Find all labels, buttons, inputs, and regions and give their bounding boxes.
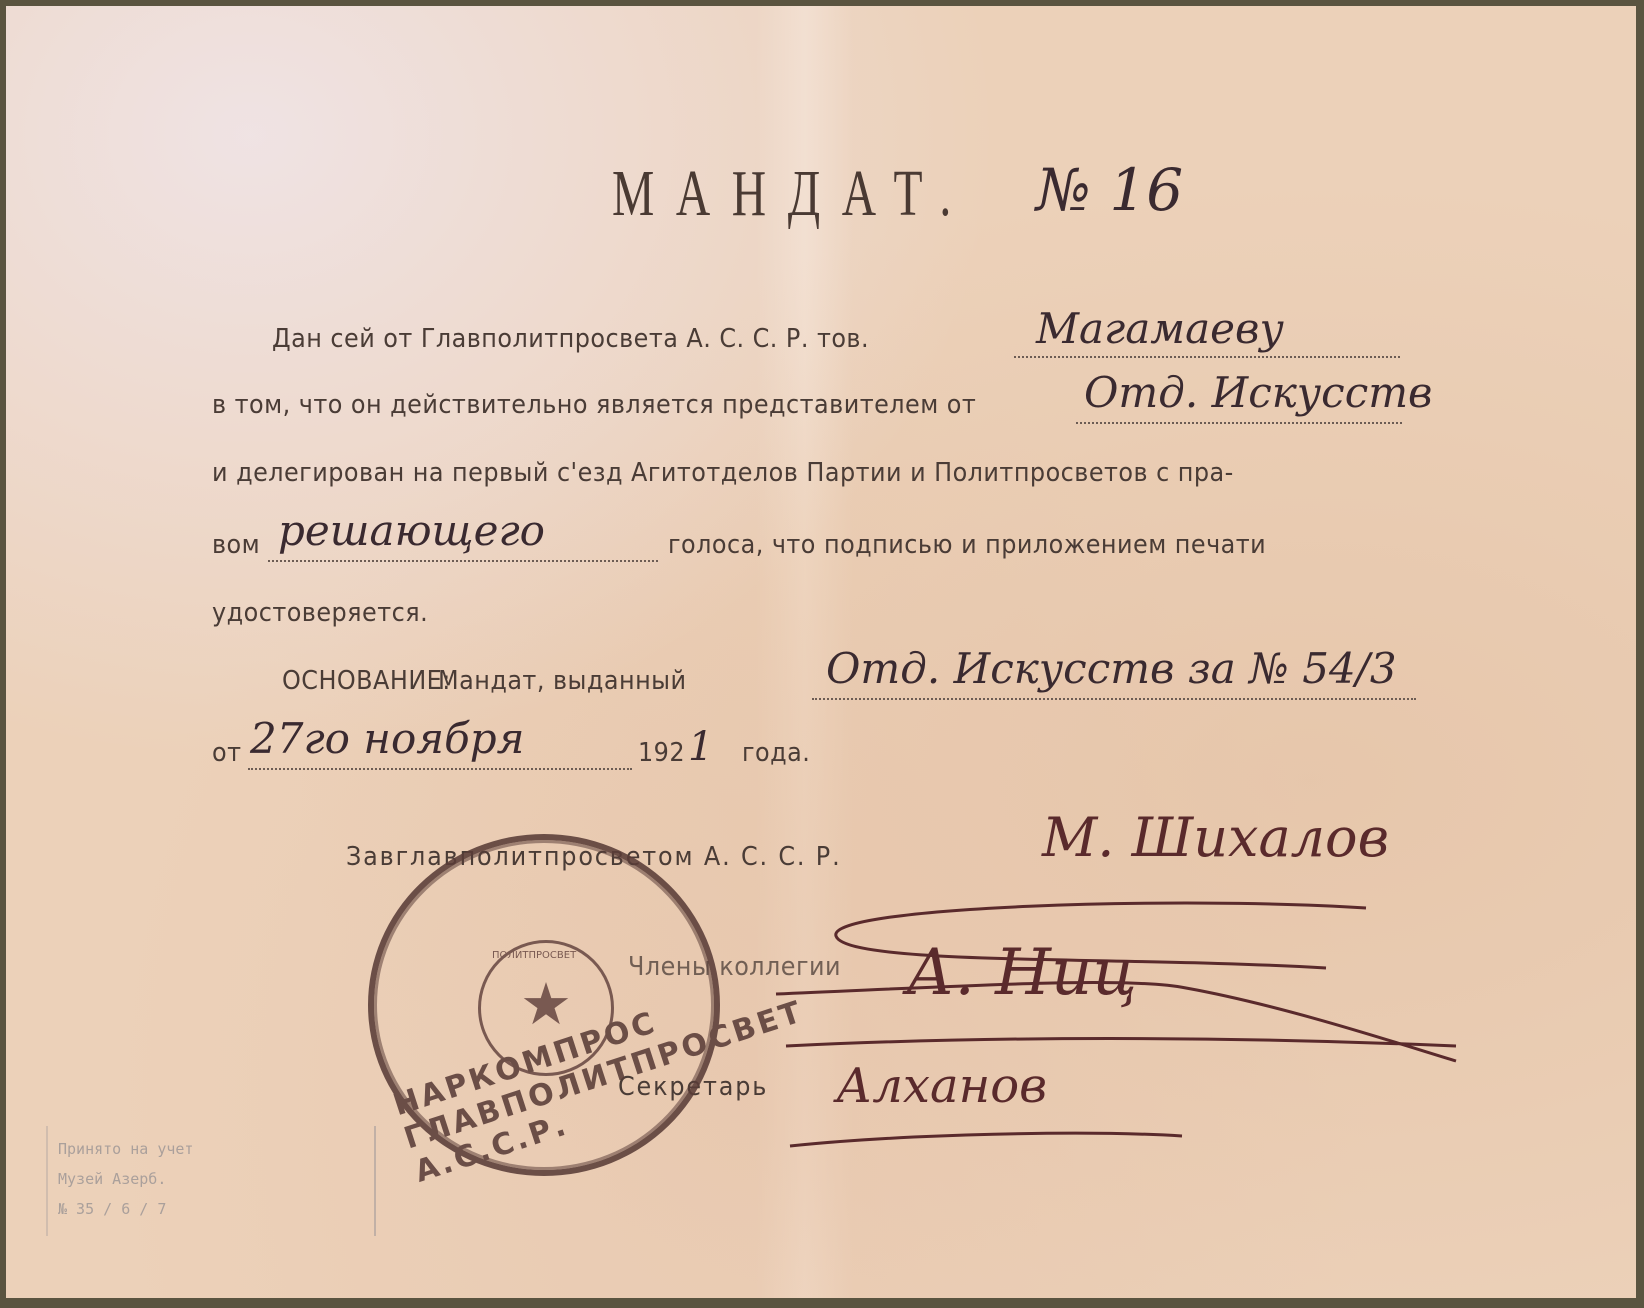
faint-line-1: Принято на учет [58, 1134, 364, 1164]
year-printed: 192 [638, 738, 685, 768]
date-prefix: от [212, 738, 241, 768]
date-suffix: года. [742, 738, 810, 768]
basis-date: 27го ноября [250, 714, 524, 763]
recipient-name: Магамаеву [1036, 304, 1284, 353]
faint-registry-stamp: Принято на учет Музей Азерб. № 35 / 6 / … [46, 1126, 376, 1236]
line2-prefix: в том, что он действительно является пре… [212, 390, 976, 420]
faint-line-3: № 35 / 6 / 7 [58, 1194, 364, 1224]
name-fill-line [1014, 356, 1400, 358]
date-fill-line [248, 768, 632, 770]
document-number: № 16 [1036, 156, 1183, 224]
document-title: МАНДАТ. [612, 156, 973, 232]
secretary-signature: Алханов [836, 1058, 1047, 1114]
line5: удостоверяется. [212, 598, 428, 628]
official-stamp: ★ ПОЛИТПРОСВЕТ НАРКОМПРОС ГЛАВПОЛИТПРОСВ… [368, 834, 720, 1176]
head-signature: М. Шихалов [1042, 806, 1389, 869]
document-paper: МАНДАТ. № 16 Дан сей от Главполитпросвет… [6, 6, 1636, 1298]
basis-fill-line [812, 698, 1416, 700]
vote-type: решающего [278, 506, 545, 555]
basis-document: Отд. Искусств за № 54/3 [826, 644, 1397, 693]
line1-prefix: Дан сей от Главполитпросвета А. С. С. Р.… [272, 324, 869, 354]
org-fill-line [1076, 422, 1402, 424]
basis-label: ОСНОВАНИЕ: [282, 666, 451, 696]
year-handwritten: 1 [688, 724, 713, 770]
stamp-inner-text: ПОЛИТПРОСВЕТ [492, 950, 576, 961]
represented-org: Отд. Искусств [1084, 368, 1433, 417]
secretary-underline [786, 1126, 1186, 1156]
member-signature: А. Ниц [906, 936, 1137, 1010]
faint-line-2: Музей Азерб. [58, 1164, 364, 1194]
vote-fill-line [268, 560, 658, 562]
basis-text: Мандат, выданный [438, 666, 687, 696]
line4-prefix: вом [212, 530, 260, 560]
line3: и делегирован на первый с'езд Агитотдело… [212, 458, 1234, 488]
line4-suffix: голоса, что подписью и приложением печат… [668, 530, 1266, 560]
